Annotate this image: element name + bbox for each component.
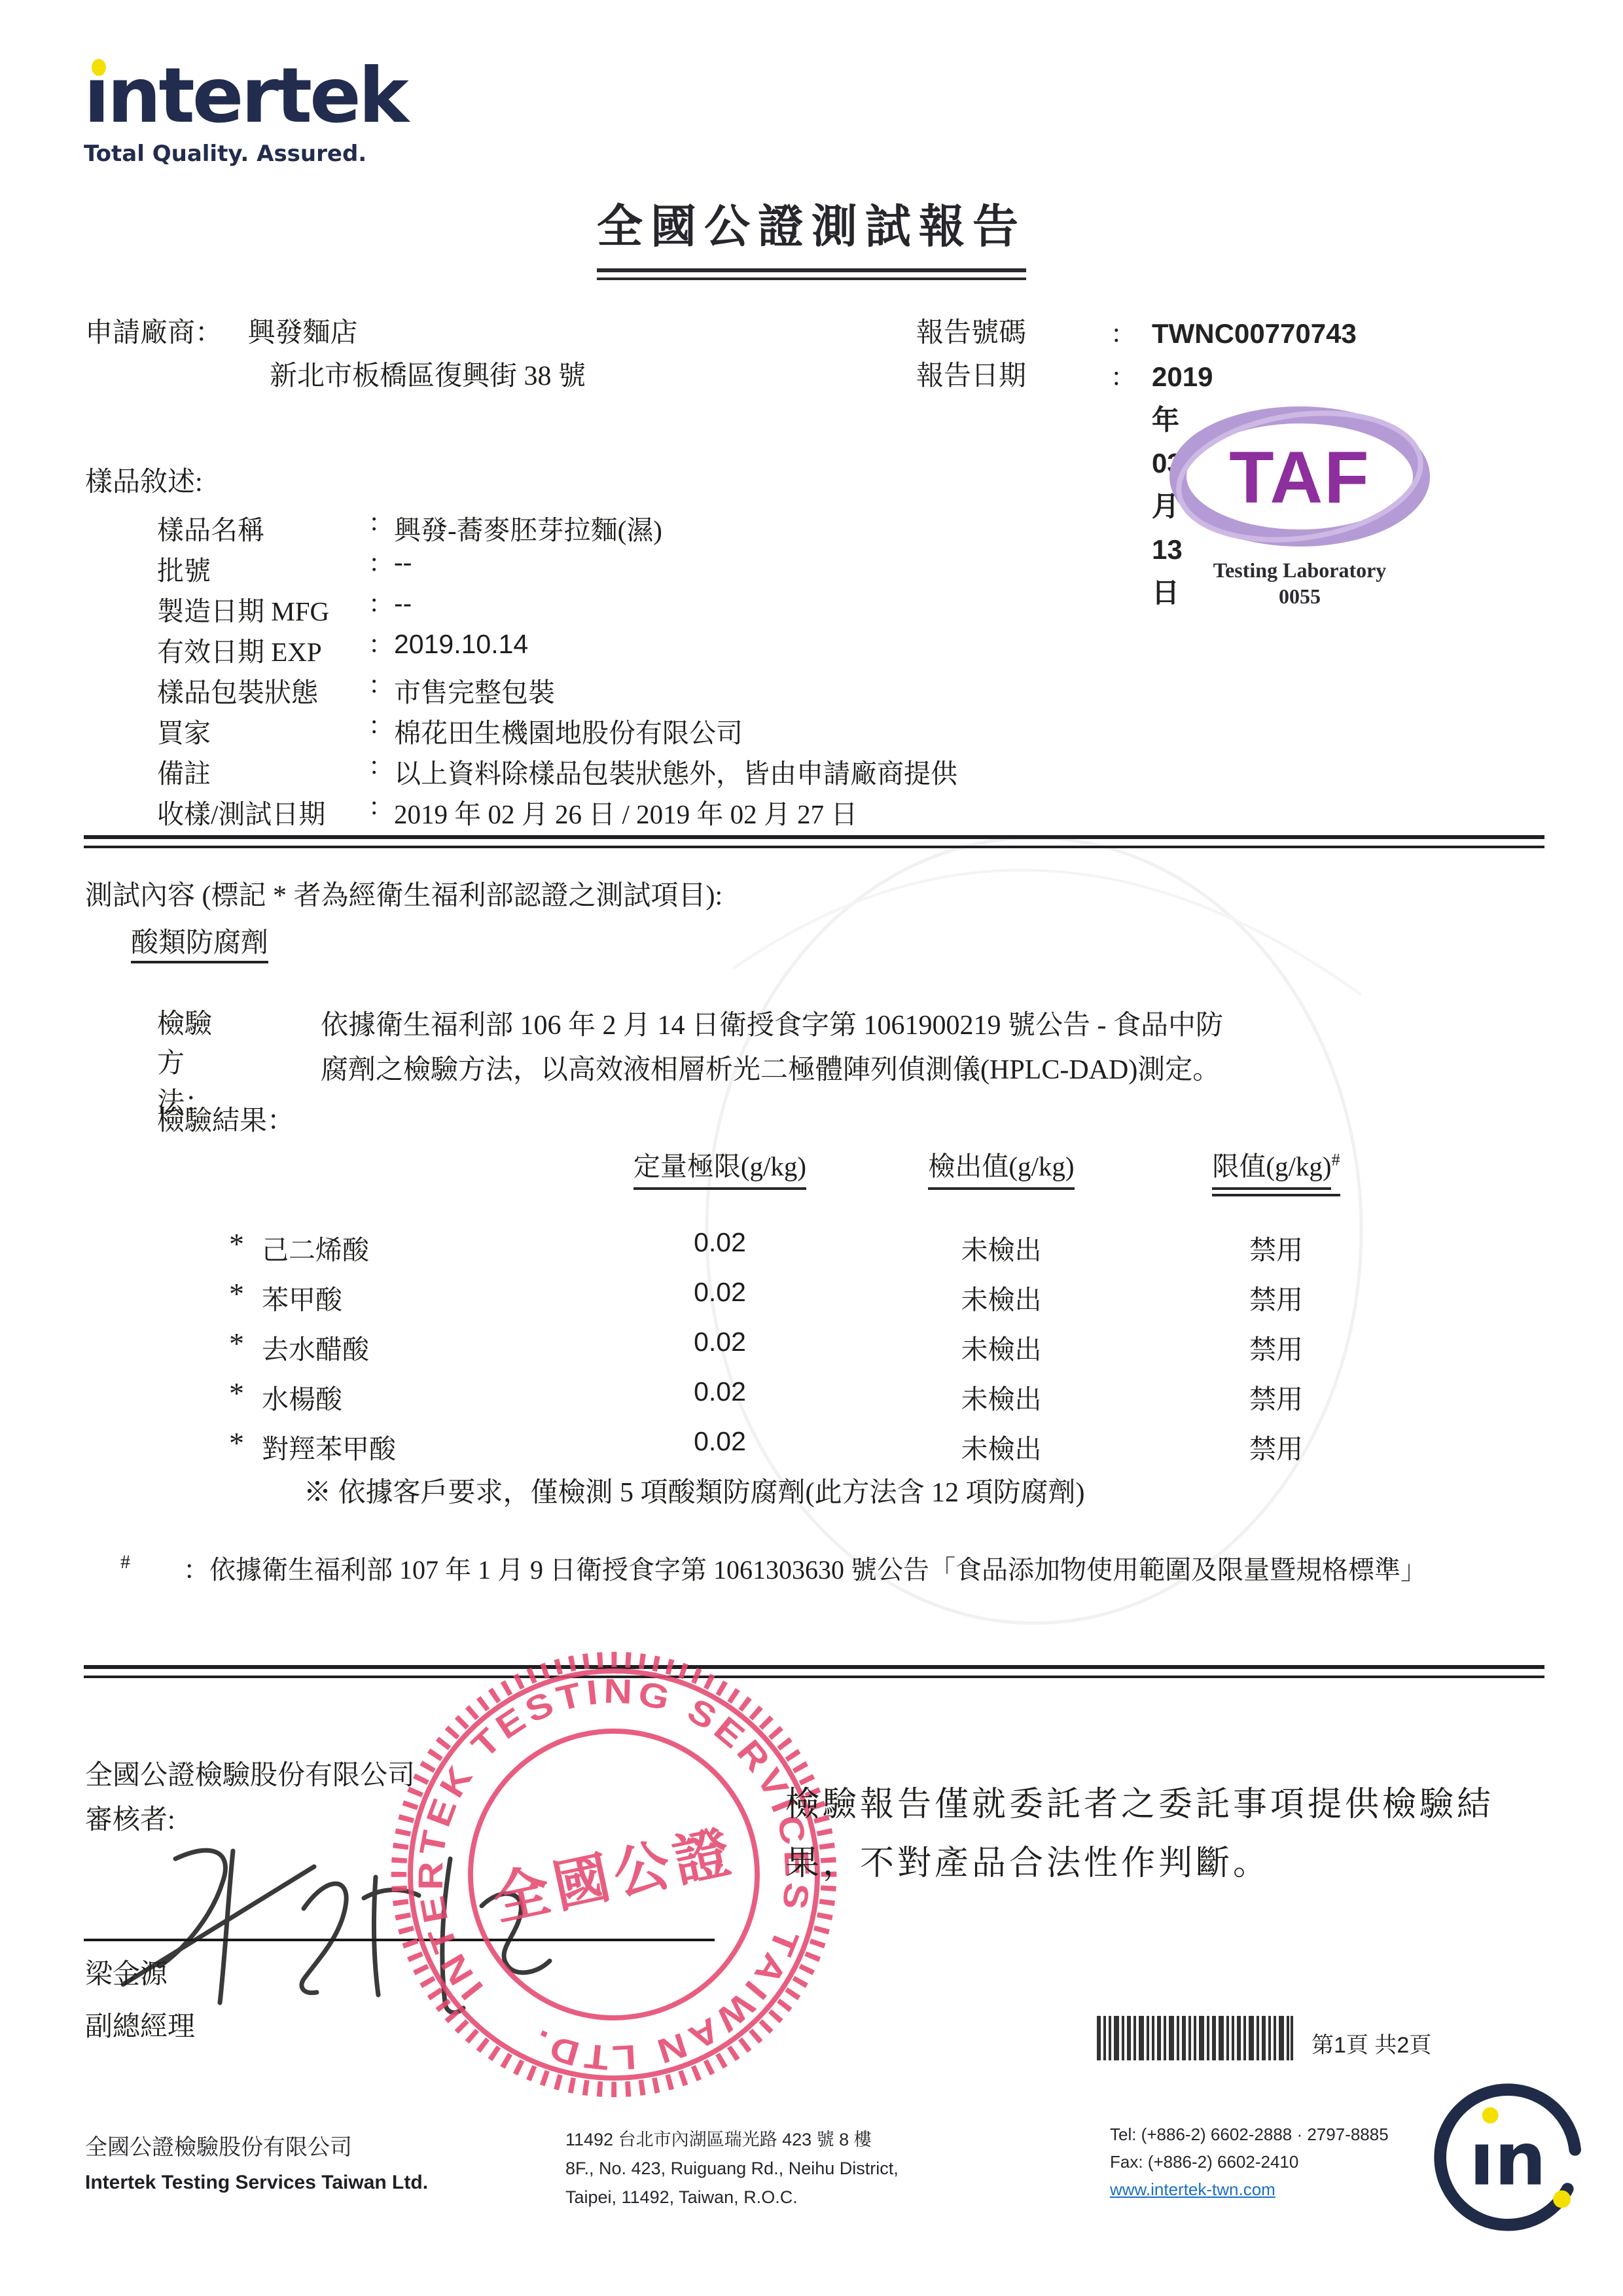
report-date-label: 報告日期 [916, 360, 1026, 391]
field-value: 市售完整包裝 [394, 670, 555, 709]
field-value: 以上資料除樣品包裝狀態外，皆由申請廠商提供 [394, 751, 957, 791]
field-value: 2019.10.14 [394, 630, 528, 661]
certified-mark: * [229, 1427, 244, 1461]
title-underline [597, 268, 1026, 272]
footnote-text: ：依據衛生福利部 107 年 1 月 9 日衛授食字第 1061303630 號… [183, 1550, 1505, 1593]
applicant-block: 申請廠商： 興發麵店 新北市板橋區復興街 38 號 [85, 312, 586, 398]
limit-value: 禁用 [1152, 1278, 1400, 1317]
reviewer-name: 梁金源 [85, 1953, 168, 1992]
col-header-loq: 定量極限(g/kg) [633, 1144, 806, 1190]
stamp-center-text: 全國公證 [488, 1820, 741, 1932]
test-category: 酸類防腐劑 [131, 927, 268, 963]
limit-value: 禁用 [1152, 1427, 1400, 1466]
footer-tel: Tel: (+886-2) 6602-2888 · 2797-8885 [1110, 2121, 1389, 2148]
footer-company-block: 全國公證檢驗股份有限公司 Intertek Testing Services T… [85, 2128, 428, 2194]
field-value: 興發-蕎麥胚芽拉麵(濕) [394, 508, 662, 547]
footer-website-link[interactable]: www.intertek-twn.com [1110, 2176, 1389, 2203]
field-value: 2019 年 02 月 26 日 / 2019 年 02 月 27 日 [394, 792, 857, 831]
loq-value: 0.02 [589, 1377, 851, 1408]
detected-value: 未檢出 [870, 1278, 1132, 1317]
in-mark-text: ın [1469, 2117, 1546, 2202]
loq-value: 0.02 [589, 1327, 851, 1359]
colon: : [370, 508, 378, 538]
applicant-label: 申請廠商： [85, 317, 223, 348]
table-note: ※ 依據客戶要求，僅檢測 5 項酸類防腐劑(此方法含 12 項防腐劑) [304, 1471, 1084, 1511]
analyte-name: 去水醋酸 [262, 1327, 369, 1367]
loq-value: 0.02 [589, 1228, 851, 1259]
limit-value: 禁用 [1152, 1377, 1400, 1416]
intertek-in-circle-logo: ın [1427, 2076, 1589, 2238]
analyte-name: 苯甲酸 [262, 1278, 342, 1317]
footer-company-zh: 全國公證檢驗股份有限公司 [85, 2128, 428, 2161]
field-value: -- [394, 548, 412, 579]
colon: : [370, 792, 378, 822]
footer-contact-block: Tel: (+886-2) 6602-2888 · 2797-8885 Fax:… [1110, 2121, 1389, 2203]
footer-address-en1: 8F., No. 423, Ruiguang Rd., Neihu Distri… [565, 2155, 899, 2183]
colon: : [370, 711, 378, 741]
footer-address-block: 11492 台北市內湖區瑞光路 423 號 8 樓 8F., No. 423, … [565, 2126, 899, 2212]
in-logo-yellow-dot-top [1482, 2108, 1499, 2124]
col-header-detected: 檢出值(g/kg) [928, 1144, 1074, 1190]
sample-section-heading: 樣品敘述: [85, 461, 203, 500]
brand-text: ıntertek [84, 51, 406, 140]
certified-mark: * [229, 1377, 244, 1411]
report-number-label: 報告號碼 [916, 317, 1026, 348]
field-label: 製造日期 MFG [157, 589, 329, 628]
analyte-name: 水楊酸 [262, 1377, 342, 1416]
method-line-1: 依據衛生福利部 106 年 2 月 14 日衛授食字第 1061900219 號… [321, 1009, 1223, 1041]
reviewer-title: 副總經理 [85, 2005, 195, 2045]
field-value: 棉花田生機園地股份有限公司 [394, 711, 743, 750]
field-label: 樣品包裝狀態 [157, 670, 318, 709]
disclaimer-text: 檢驗報告僅就委託者之委託事項提供檢驗結果，不對產品合法性作判斷。 [785, 1775, 1538, 1893]
col-header-limit: 限值(g/kg)# [1212, 1144, 1340, 1196]
colon: : [370, 548, 378, 579]
footnote: # ：依據衛生福利部 107 年 1 月 9 日衛授食字第 1061303630… [120, 1550, 1623, 1593]
field-label: 買家 [157, 711, 211, 750]
test-content-line: 測試內容 (標記 * 者為經衛生福利部認證之測試項目): [85, 874, 722, 914]
footer-address-en2: Taipei, 11492, Taiwan, R.O.C. [565, 2183, 899, 2212]
intertek-wordmark: ıntertek [84, 58, 406, 134]
result-label: 檢驗結果： [157, 1100, 294, 1139]
report-meta-block: 報告號碼 : TWNC00770743 報告日期 : 2019 年 03 月 1… [916, 312, 1026, 398]
report-title-block: 全國公證測試報告 [0, 191, 1623, 280]
footer-address-zh: 11492 台北市內湖區瑞光路 423 號 8 樓 [565, 2126, 899, 2155]
page-title: 全國公證測試報告 [597, 191, 1026, 257]
field-value: -- [394, 589, 412, 620]
section-divider [84, 1665, 1544, 1678]
limit-value: 禁用 [1152, 1228, 1400, 1267]
intertek-logo: ıntertek Total Quality. Assured. [84, 58, 406, 168]
applicant-address: 新北市板橋區復興街 38 號 [270, 355, 586, 398]
limit-superscript: # [1332, 1149, 1340, 1169]
field-label: 批號 [157, 548, 211, 588]
colon: : [1113, 312, 1120, 355]
field-label: 收樣/測試日期 [157, 792, 325, 831]
loq-value: 0.02 [589, 1427, 851, 1458]
sample-description-list: 樣品名稱:興發-蕎麥胚芽拉麵(濕) 批號:-- 製造日期 MFG:-- 有效日期… [85, 508, 1525, 848]
certified-mark: * [229, 1228, 244, 1262]
taf-acronym: TAF [1229, 437, 1370, 518]
detected-value: 未檢出 [870, 1228, 1132, 1267]
analyte-name: 己二烯酸 [262, 1228, 369, 1267]
detected-value: 未檢出 [870, 1327, 1132, 1367]
detected-value: 未檢出 [870, 1377, 1132, 1416]
title-underline-2 [597, 278, 1026, 280]
report-number: TWNC00770743 [1152, 313, 1357, 356]
field-label: 樣品名稱 [157, 508, 264, 547]
certified-mark: * [229, 1327, 244, 1361]
test-report-page: ıntertek Total Quality. Assured. 全國公證測試報… [0, 0, 1623, 2296]
logo-yellow-dot-icon [92, 59, 106, 76]
colon: : [370, 751, 378, 781]
page-indicator: 第1頁 共2頁 [1311, 2026, 1431, 2059]
detected-value: 未檢出 [870, 1427, 1132, 1466]
section-divider [84, 835, 1544, 848]
colon: : [370, 630, 378, 660]
in-logo-yellow-dot-bottom [1553, 2191, 1571, 2208]
footer-fax: Fax: (+886-2) 6602-2410 [1110, 2148, 1389, 2176]
applicant-name: 興發麵店 [248, 317, 358, 348]
colon: : [1113, 355, 1120, 398]
certified-mark: * [229, 1278, 244, 1312]
field-label: 有效日期 EXP [157, 630, 322, 669]
footer-company-en: Intertek Testing Services Taiwan Ltd. [85, 2172, 428, 2194]
colon: : [370, 670, 378, 700]
loq-value: 0.02 [589, 1278, 851, 1309]
analyte-name: 對羥苯甲酸 [262, 1427, 396, 1466]
footnote-mark: # [120, 1542, 130, 1585]
field-label: 備註 [157, 751, 211, 791]
limit-value: 禁用 [1152, 1327, 1400, 1367]
brand-tagline: Total Quality. Assured. [84, 141, 406, 168]
method-line-2: 腐劑之檢驗方法，以高效液相層析光二極體陣列偵測儀(HPLC-DAD)測定。 [321, 1054, 1220, 1085]
barcode [1097, 2016, 1293, 2060]
colon: : [370, 589, 378, 619]
